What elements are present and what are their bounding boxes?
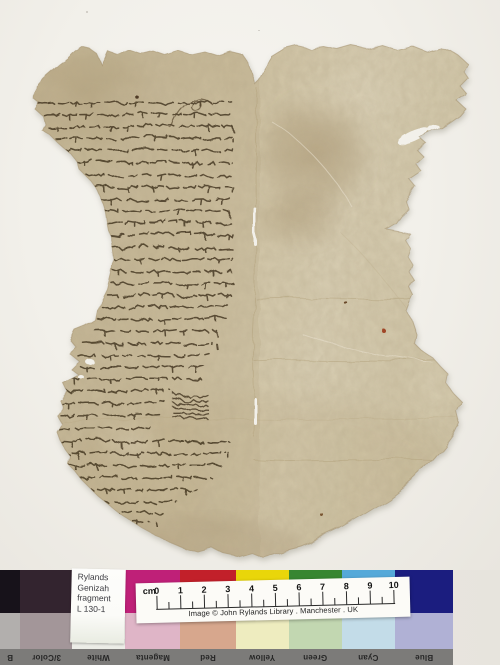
color-patch-label: White bbox=[87, 653, 110, 662]
color-patch-label: Cyan bbox=[358, 653, 378, 662]
color-patch-label: Green bbox=[303, 653, 327, 662]
color-patch-bottom bbox=[342, 613, 395, 649]
color-patch-label: 3/Color bbox=[32, 653, 61, 662]
color-patch-label-cell: Cyan bbox=[342, 649, 395, 665]
color-patch-label-cell: 3/Color bbox=[20, 649, 72, 665]
manuscript-fragment bbox=[0, 0, 500, 570]
shelfmark-sticker: Rylands Genizah fragment L 130-1 bbox=[70, 568, 126, 643]
color-patch-label: Magenta bbox=[136, 653, 170, 662]
fragment-body bbox=[0, 0, 500, 570]
color-patch-top bbox=[0, 570, 20, 613]
color-patch-label-cell: B bbox=[0, 649, 20, 665]
sticker-line: L 130-1 bbox=[77, 603, 125, 615]
color-patch-label: Red bbox=[200, 653, 216, 662]
color-patch-label-cell: Red bbox=[180, 649, 236, 665]
color-patch-label-cell: Yellow bbox=[236, 649, 289, 665]
color-patch-bottom bbox=[20, 613, 72, 649]
color-patch-label-cell: Blue bbox=[395, 649, 453, 665]
color-patch-label-cell: White bbox=[72, 649, 125, 665]
color-patch-bottom bbox=[395, 613, 453, 649]
photograph: B3/ColorWhiteMagentaRedYellowGreenCyanBl… bbox=[0, 0, 500, 665]
color-patch-label: Blue bbox=[415, 653, 433, 662]
color-patch-top bbox=[20, 570, 72, 613]
color-patch-label: Yellow bbox=[249, 653, 275, 662]
color-patch-bottom bbox=[0, 613, 20, 649]
sticker-line: fragment bbox=[77, 593, 125, 605]
color-patch-label-cell: Green bbox=[289, 649, 342, 665]
cm-ruler: cm 012345678910 Image © John Rylands Lib… bbox=[136, 577, 411, 624]
sticker-line: Rylands bbox=[78, 572, 126, 584]
parchment-grain bbox=[0, 0, 500, 570]
color-patch-label-cell: Magenta bbox=[125, 649, 180, 665]
color-bar-label-strip: B3/ColorWhiteMagentaRedYellowGreenCyanBl… bbox=[0, 649, 453, 665]
color-patch-label: B bbox=[7, 653, 13, 662]
